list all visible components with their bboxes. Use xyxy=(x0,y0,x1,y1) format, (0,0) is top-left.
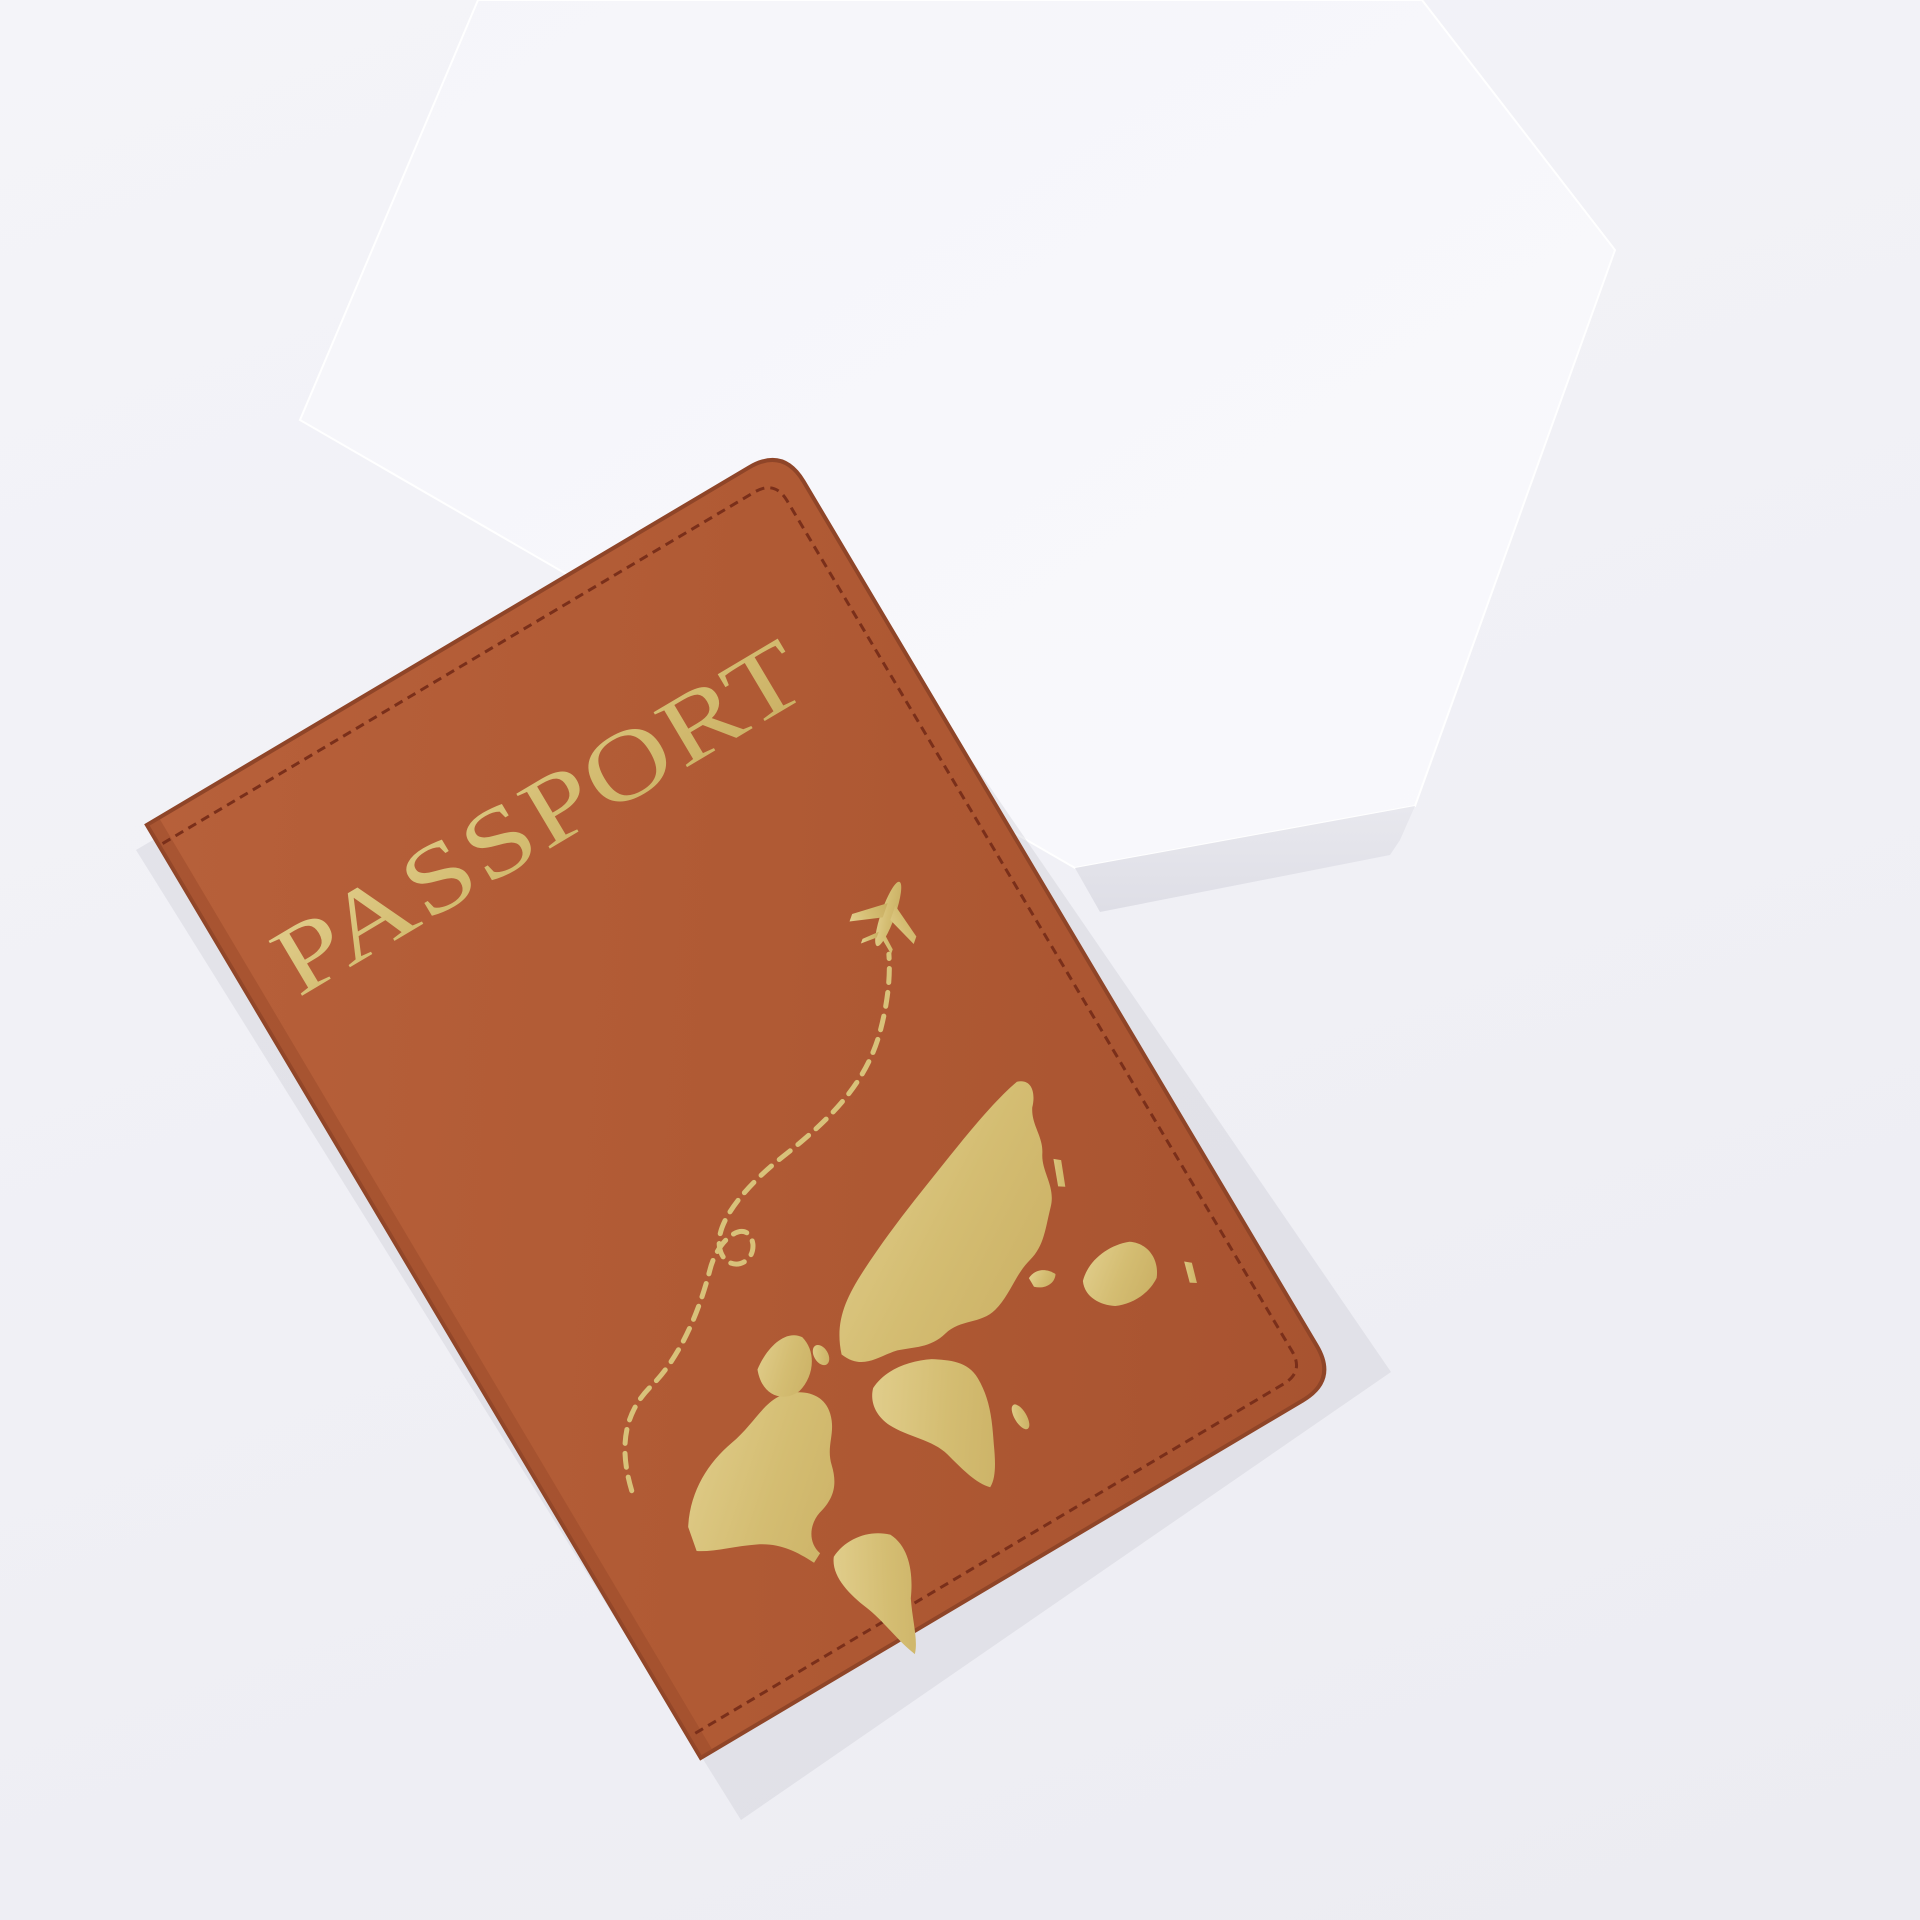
product-photo: PASSPORT xyxy=(0,0,1920,1920)
